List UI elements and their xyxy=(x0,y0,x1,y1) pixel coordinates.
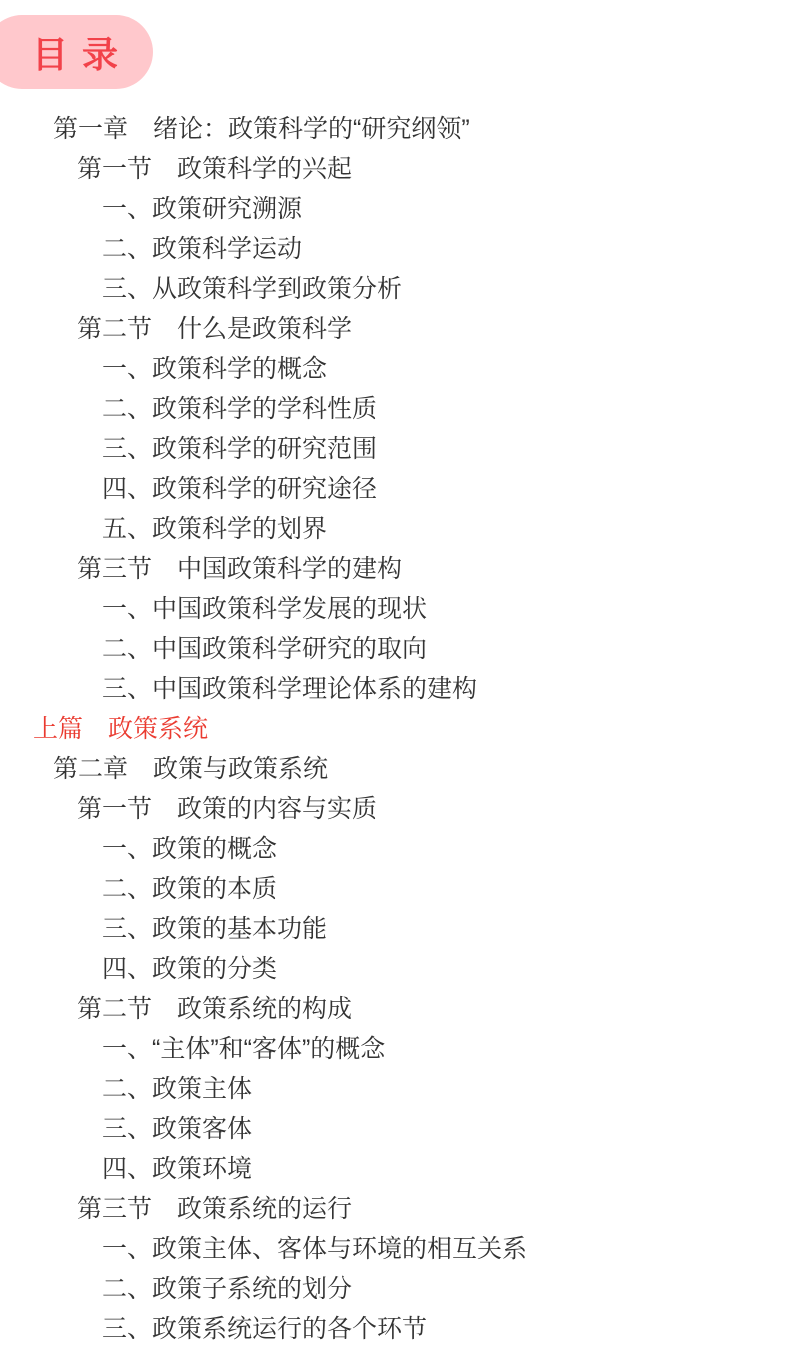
toc-entry-item[interactable]: 三、中国政策科学理论体系的建构 xyxy=(0,669,790,709)
toc-entry-item[interactable]: 三、政策科学的研究范围 xyxy=(0,429,790,469)
toc-entry-item[interactable]: 一、政策研究溯源 xyxy=(0,189,790,229)
toc-entry-item[interactable]: 一、“主体”和“客体”的概念 xyxy=(0,1029,790,1069)
toc-page: 目 录 第一章 绪论：政策科学的“研究纲领”第一节 政策科学的兴起一、政策研究溯… xyxy=(0,0,790,1349)
toc-entry-item[interactable]: 四、政策科学的研究途径 xyxy=(0,469,790,509)
toc-entry-item[interactable]: 三、政策客体 xyxy=(0,1109,790,1149)
toc-entry-item[interactable]: 一、政策主体、客体与环境的相互关系 xyxy=(0,1229,790,1269)
toc-entry-item[interactable]: 三、政策的基本功能 xyxy=(0,909,790,949)
toc-entry-item[interactable]: 三、从政策科学到政策分析 xyxy=(0,269,790,309)
toc-entry-section[interactable]: 第二节 政策系统的构成 xyxy=(0,989,790,1029)
toc-header-label: 目 录 xyxy=(32,27,120,78)
toc-entry-item[interactable]: 二、政策科学的学科性质 xyxy=(0,389,790,429)
toc-entry-item[interactable]: 二、政策科学运动 xyxy=(0,229,790,269)
toc-entry-section[interactable]: 第一节 政策的内容与实质 xyxy=(0,789,790,829)
toc-entry-item[interactable]: 二、政策主体 xyxy=(0,1069,790,1109)
toc-entry-chapter[interactable]: 第二章 政策与政策系统 xyxy=(0,749,790,789)
toc-entry-chapter[interactable]: 第一章 绪论：政策科学的“研究纲领” xyxy=(0,109,790,149)
toc-list: 第一章 绪论：政策科学的“研究纲领”第一节 政策科学的兴起一、政策研究溯源二、政… xyxy=(0,109,790,1349)
toc-entry-item[interactable]: 一、中国政策科学发展的现状 xyxy=(0,589,790,629)
toc-entry-section[interactable]: 第二节 什么是政策科学 xyxy=(0,309,790,349)
toc-entry-section[interactable]: 第三节 政策系统的运行 xyxy=(0,1189,790,1229)
toc-header-badge: 目 录 xyxy=(0,15,153,89)
toc-entry-item[interactable]: 四、政策环境 xyxy=(0,1149,790,1189)
toc-entry-section[interactable]: 第一节 政策科学的兴起 xyxy=(0,149,790,189)
toc-entry-item[interactable]: 一、政策的概念 xyxy=(0,829,790,869)
toc-entry-item[interactable]: 五、政策科学的划界 xyxy=(0,509,790,549)
toc-entry-part[interactable]: 上篇 政策系统 xyxy=(0,709,790,749)
toc-entry-item[interactable]: 一、政策科学的概念 xyxy=(0,349,790,389)
toc-entry-item[interactable]: 四、政策的分类 xyxy=(0,949,790,989)
toc-entry-item[interactable]: 二、政策子系统的划分 xyxy=(0,1269,790,1309)
toc-entry-item[interactable]: 三、政策系统运行的各个环节 xyxy=(0,1309,790,1349)
toc-entry-item[interactable]: 二、中国政策科学研究的取向 xyxy=(0,629,790,669)
toc-entry-item[interactable]: 二、政策的本质 xyxy=(0,869,790,909)
toc-entry-section[interactable]: 第三节 中国政策科学的建构 xyxy=(0,549,790,589)
